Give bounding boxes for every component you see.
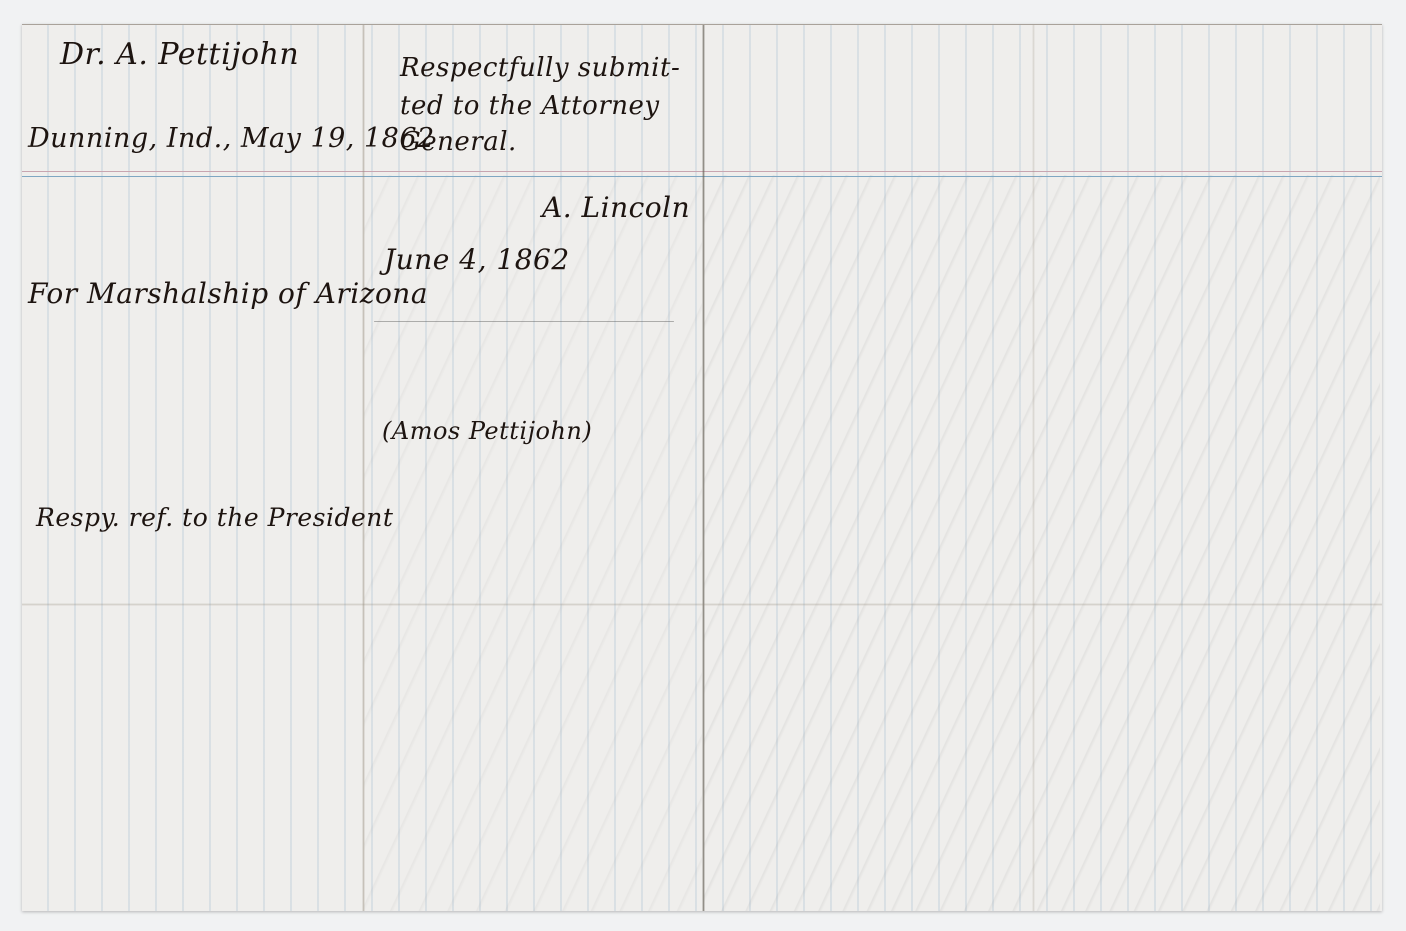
endorsement-date: June 4, 1862 — [384, 243, 570, 276]
fold-crease-horizontal — [22, 603, 1382, 606]
fold-crease-1 — [362, 25, 365, 911]
docket-subject: For Marshalship of Arizona — [28, 277, 428, 310]
lincoln-signature: A. Lincoln — [542, 191, 690, 224]
docket-name: Dr. A. Pettijohn — [60, 37, 299, 72]
document-sheet: Dr. A. Pettijohn Dunning, Ind., May 19, … — [22, 24, 1382, 911]
bleed-through-right — [704, 175, 1380, 911]
docket-amos-pettijohn: (Amos Pettijohn) — [382, 417, 592, 445]
endorsement-line-2: ted to the Attorney — [400, 91, 660, 121]
docket-place-date: Dunning, Ind., May 19, 1862 — [28, 123, 435, 154]
endorsement-line-1: Respectfully submit- — [400, 53, 680, 83]
endorsement-line-3: General. — [400, 127, 517, 157]
fold-crease-2 — [702, 25, 705, 911]
pencil-underline — [374, 321, 674, 324]
fold-crease-3 — [1032, 25, 1035, 911]
docket-referral: Respy. ref. to the President — [36, 503, 393, 532]
